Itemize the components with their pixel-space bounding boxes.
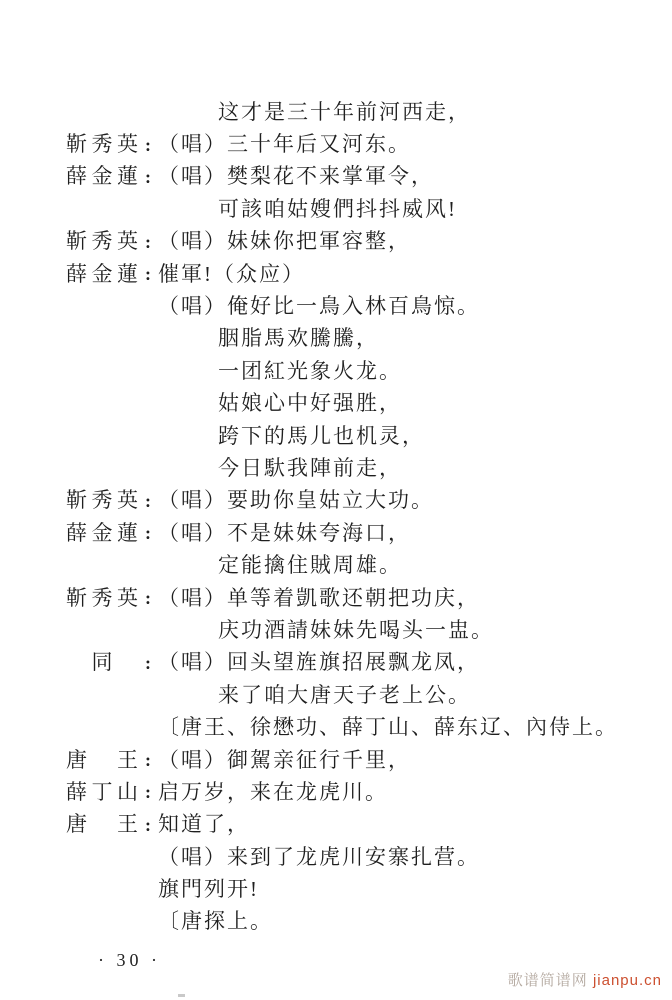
character-name: 唐王 [66,750,138,771]
scanned-script-page: 这才是三十年前河西走，靳秀英:（唱）三十年后又河东。薛金蓮:（唱）樊梨花不来掌軍… [0,0,672,1000]
dialogue-text: 催軍!（众应） [158,264,305,285]
dialogue-text: 一团紅光象火龙。 [218,361,402,382]
dialogue-text: （唱）来到了龙虎川安寨扎营。 [158,847,480,868]
name-colon: : [138,751,158,769]
character-name-glyph: 秀 [92,134,113,155]
script-line: 旗門列开! [0,873,672,905]
character-name-glyph: 薛 [66,166,87,187]
script-line: 靳秀英:（唱）要助你皇姑立大功。 [0,485,672,517]
character-name: 薛金蓮 [66,523,138,544]
watermark-site-name: 歌谱简谱网 [508,972,588,989]
character-name: 唐王 [66,814,138,835]
stage-direction: 〔唐王、徐懋功、薛丁山、薛东辽、內侍上。 [158,717,618,738]
script-line: 同:（唱）回头望旌旗招展飘龙凤， [0,647,672,679]
dialogue-text: （唱）樊梨花不来掌軍令， [158,166,434,187]
character-name-glyph: 蓮 [117,523,138,544]
script-line: 〔唐王、徐懋功、薛丁山、薛东辽、內侍上。 [0,711,672,743]
dialogue-text: （唱）单等着凱歌还朝把功庆， [158,588,480,609]
script-line: 靳秀英:（唱）三十年后又河东。 [0,128,672,160]
script-line: 靳秀英:（唱）单等着凱歌还朝把功庆， [0,582,672,614]
name-colon: : [138,233,158,251]
character-name-glyph: 英 [117,231,138,252]
dialogue-text: （唱）俺好比一鳥入林百鳥惊。 [158,296,480,317]
name-colon: : [138,265,158,283]
character-name-glyph: 薛 [66,782,87,803]
character-name: 靳秀英 [66,490,138,511]
name-colon: : [138,136,158,154]
dialogue-text: （唱）御駕亲征行千里， [158,750,411,771]
character-name-glyph: 蓮 [117,264,138,285]
character-name-glyph: 金 [92,166,113,187]
character-name-glyph: 靳 [66,588,87,609]
script-line: （唱）俺好比一鳥入林百鳥惊。 [0,290,672,322]
dialogue-text: （唱）三十年后又河东。 [158,134,411,155]
character-name-glyph: 唐 [66,814,87,835]
dialogue-text: 可該咱姑嫂們抖抖威风! [218,199,457,220]
watermark-site-url: jianpu.cn [593,972,662,989]
scan-artifact-mark [178,994,185,997]
dialogue-text: 启万岁，来在龙虎川。 [158,782,388,803]
script-line: 可該咱姑嫂們抖抖威风! [0,193,672,225]
character-name: 靳秀英 [66,588,138,609]
dialogue-text: （唱）妹妹你把軍容整， [158,231,411,252]
script-line: 姑娘心中好强胜， [0,388,672,420]
character-name: 靳秀英 [66,134,138,155]
script-line: 今日馱我陣前走， [0,452,672,484]
character-name: 薛金蓮 [66,166,138,187]
character-name-glyph: 英 [117,588,138,609]
character-name: 薛金蓮 [66,264,138,285]
character-name-glyph: 丁 [92,782,113,803]
character-name-glyph: 王 [117,814,138,835]
character-name: 薛丁山 [66,782,138,803]
character-name-glyph: 薛 [66,264,87,285]
script-line: （唱）来到了龙虎川安寨扎营。 [0,841,672,873]
character-name-glyph: 蓮 [117,166,138,187]
dialogue-text: 定能擒住賊周雄。 [218,555,402,576]
dialogue-text: 庆功酒請妹妹先喝头一盅。 [218,620,494,641]
character-name-glyph: 同 [92,652,113,673]
name-colon: : [138,816,158,834]
script-line: 来了咱大唐天子老上公。 [0,679,672,711]
dialogue-text: （唱）回头望旌旗招展飘龙凤， [158,652,480,673]
dialogue-text: 这才是三十年前河西走， [218,102,471,123]
script-line: 唐王:（唱）御駕亲征行千里， [0,744,672,776]
script-body: 这才是三十年前河西走，靳秀英:（唱）三十年后又河东。薛金蓮:（唱）樊梨花不来掌軍… [0,0,672,938]
watermark: 歌谱简谱网 jianpu.cn [508,969,662,990]
character-name-glyph: 秀 [92,231,113,252]
dialogue-text: 胭脂馬欢騰騰， [218,328,379,349]
script-line: 唐王:知道了， [0,809,672,841]
name-colon: : [138,168,158,186]
name-colon: : [138,524,158,542]
script-line: 定能擒住賊周雄。 [0,549,672,581]
character-name: 同 [66,652,138,673]
character-name-glyph: 王 [117,750,138,771]
character-name: 靳秀英 [66,231,138,252]
name-colon: : [138,783,158,801]
character-name-glyph: 靳 [66,490,87,511]
character-name-glyph: 英 [117,490,138,511]
script-line: 庆功酒請妹妹先喝头一盅。 [0,614,672,646]
dialogue-text: 知道了， [158,814,250,835]
script-line: 一团紅光象火龙。 [0,355,672,387]
character-name-glyph: 靳 [66,134,87,155]
character-name-glyph: 金 [92,264,113,285]
dialogue-text: 今日馱我陣前走， [218,458,402,479]
stage-direction: 〔唐探上。 [158,911,273,932]
character-name-glyph: 唐 [66,750,87,771]
dialogue-text: （唱）要助你皇姑立大功。 [158,490,434,511]
script-line: 胭脂馬欢騰騰， [0,323,672,355]
script-line: 薛金蓮:（唱）不是妹妹夸海口， [0,517,672,549]
name-colon: : [138,492,158,510]
script-line: 靳秀英:（唱）妹妹你把軍容整， [0,226,672,258]
character-name-glyph: 秀 [92,588,113,609]
character-name-glyph: 英 [117,134,138,155]
script-line: 跨下的馬儿也机灵， [0,420,672,452]
dialogue-text: 来了咱大唐天子老上公。 [218,685,471,706]
page-number: · 30 · [98,950,161,971]
character-name-glyph: 山 [117,782,138,803]
character-name-glyph: 秀 [92,490,113,511]
script-line: 〔唐探上。 [0,906,672,938]
dialogue-text: （唱）不是妹妹夸海口， [158,523,411,544]
character-name-glyph: 薛 [66,523,87,544]
script-line: 薛金蓮:催軍!（众应） [0,258,672,290]
dialogue-text: 跨下的馬儿也机灵， [218,426,425,447]
dialogue-text: 姑娘心中好强胜， [218,393,402,414]
character-name-glyph: 靳 [66,231,87,252]
name-colon: : [138,589,158,607]
script-line: 薛丁山:启万岁，来在龙虎川。 [0,776,672,808]
script-line: 薛金蓮:（唱）樊梨花不来掌軍令， [0,161,672,193]
name-colon: : [138,654,158,672]
script-line: 这才是三十年前河西走， [0,96,672,128]
dialogue-text: 旗門列开! [158,879,259,900]
character-name-glyph: 金 [92,523,113,544]
